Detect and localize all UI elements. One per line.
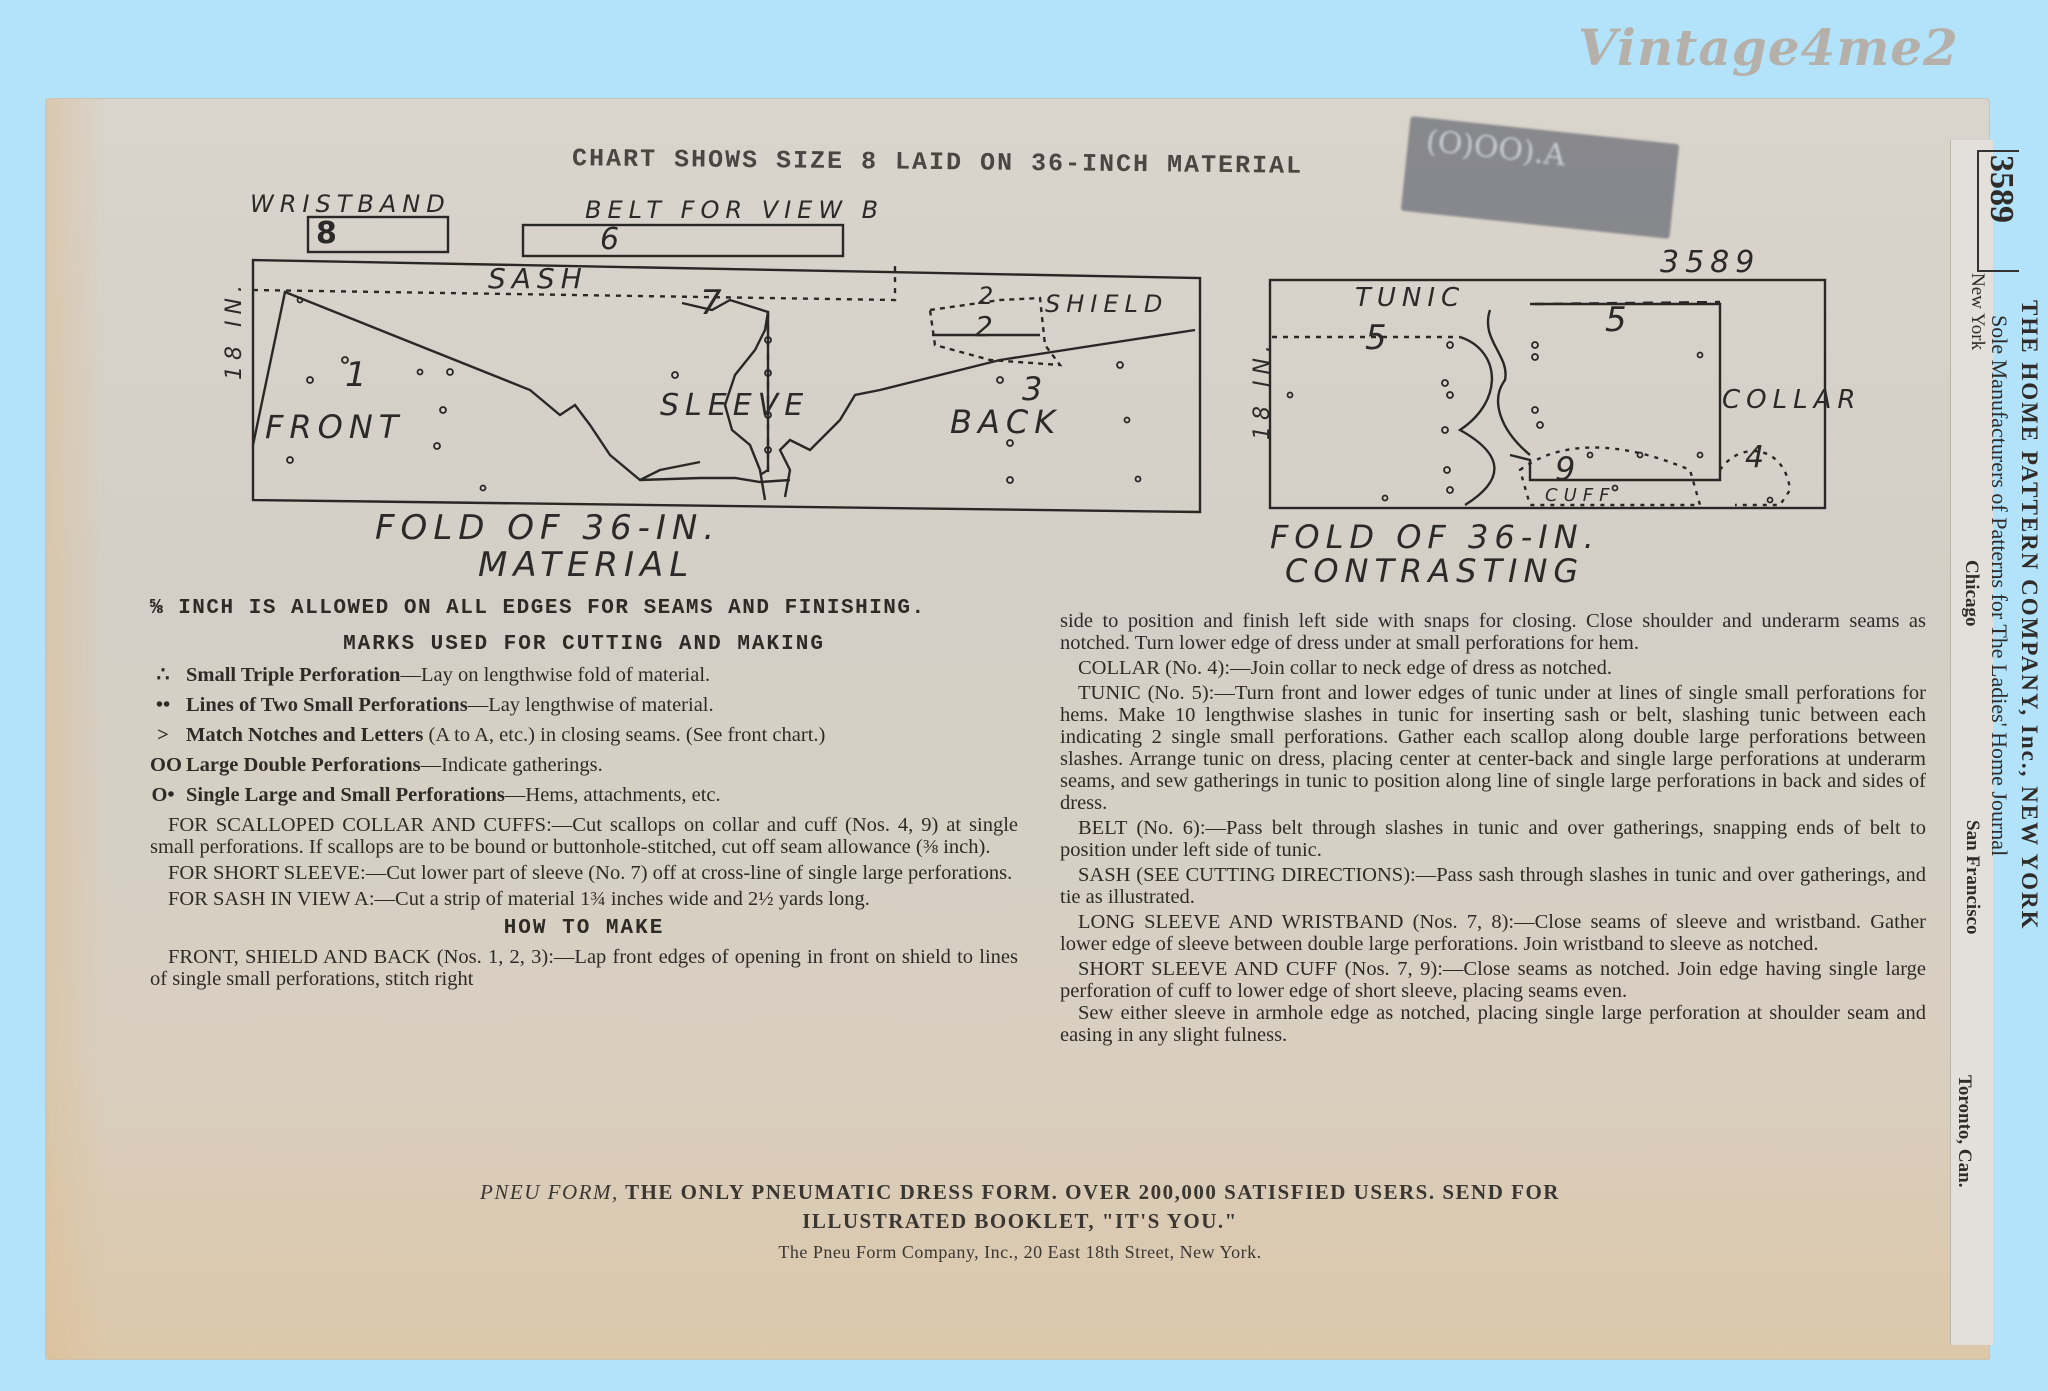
city-new-york: New York: [1966, 273, 1988, 350]
instruction-paragraph: side to position and finish left side wi…: [1060, 610, 1926, 654]
mark-item: ••Lines of Two Small Perforations—Lay le…: [150, 694, 1018, 716]
mark-desc: (A to A, etc.) in closing seams. (See fr…: [423, 724, 825, 746]
how-to-make-heading: HOW TO MAKE: [150, 918, 1018, 940]
belt-instructions: BELT (No. 6):—Pass belt through slashes …: [1060, 817, 1926, 861]
company-name: THE HOME PATTERN COMPANY, Inc., NEW YORK: [2016, 300, 2042, 931]
mark-name: Small Triple Perforation: [186, 664, 400, 686]
sleeve-armhole-instructions: Sew either sleeve in armhole edge as not…: [1060, 1002, 1926, 1046]
mark-name: Match Notches and Letters: [186, 724, 423, 746]
notch-icon: >: [150, 724, 176, 746]
pattern-number-diagram: 3589: [1660, 245, 1760, 280]
pattern-number-vertical: 3589: [1982, 155, 2020, 223]
triple-perforation-icon: ∴: [150, 664, 176, 686]
contrasting-layout-lines: [0, 0, 2048, 600]
fold-label-contrasting: CONTRASTING: [1285, 552, 1584, 590]
tunic-piece-number: 5: [1605, 300, 1633, 340]
city-toronto: Toronto, Can.: [1953, 1075, 1975, 1187]
single-large-small-perforation-icon: O•: [150, 784, 176, 806]
mark-desc: —Lay on lengthwise fold of material.: [400, 664, 710, 686]
cuff-piece-number: 9: [1555, 450, 1581, 488]
mark-name: Single Large and Small Perforations: [186, 784, 505, 806]
manufacturer-line: Sole Manufacturers of Patterns for The L…: [1986, 315, 2012, 856]
mark-name: Large Double Perforations: [186, 754, 421, 776]
double-perforation-icon: ••: [150, 694, 176, 716]
sash-instructions: FOR SASH IN VIEW A:—Cut a strip of mater…: [150, 888, 1018, 910]
fold-label: FOLD OF 36-IN.: [1270, 518, 1600, 556]
long-sleeve-instructions: LONG SLEEVE AND WRISTBAND (Nos. 7, 8):—C…: [1060, 911, 1926, 955]
collar-instructions: COLLAR (No. 4):—Join collar to neck edge…: [1060, 657, 1926, 679]
front-shield-back-instructions: FRONT, SHIELD AND BACK (Nos. 1, 2, 3):—L…: [150, 946, 1018, 990]
ad-address: The Pneu Form Company, Inc., 20 East 18t…: [300, 1242, 1740, 1263]
mark-name: Lines of Two Small Perforations: [186, 694, 468, 716]
cuff-label: CUFF: [1545, 485, 1615, 506]
mark-desc: —Indicate gatherings.: [421, 754, 603, 776]
tunic-instructions: TUNIC (No. 5):—Turn front and lower edge…: [1060, 682, 1926, 814]
collar-piece-number: 4: [1745, 440, 1770, 475]
ad-text: THE ONLY PNEUMATIC DRESS FORM. OVER 200,…: [619, 1180, 1560, 1204]
mark-desc: —Hems, attachments, etc.: [505, 784, 721, 806]
short-sleeve-instructions: FOR SHORT SLEEVE:—Cut lower part of slee…: [150, 862, 1018, 884]
large-double-perforation-icon: OO: [150, 754, 176, 776]
mark-item: OOLarge Double Perforations—Indicate gat…: [150, 754, 1018, 776]
city-chicago: Chicago: [1960, 560, 1982, 627]
tunic-label: TUNIC: [1355, 283, 1465, 313]
city-san-francisco: San Francisco: [1961, 820, 1983, 935]
right-instructions-column: side to position and finish left side wi…: [1060, 610, 1926, 1046]
mark-desc: —Lay lengthwise of material.: [468, 694, 714, 716]
mark-item: ∴Small Triple Perforation—Lay on lengthw…: [150, 664, 1018, 686]
pneu-form-advertisement: PNEU FORM, THE ONLY PNEUMATIC DRESS FORM…: [300, 1180, 1740, 1263]
mark-item: O•Single Large and Small Perforations—He…: [150, 784, 1018, 806]
sash-making-instructions: SASH (SEE CUTTING DIRECTIONS):—Pass sash…: [1060, 864, 1926, 908]
short-sleeve-cuff-instructions: SHORT SLEEVE AND CUFF (Nos. 7, 9):—Close…: [1060, 958, 1926, 1002]
collar-label: COLLAR: [1722, 385, 1861, 415]
marks-heading: MARKS USED FOR CUTTING AND MAKING: [150, 634, 1018, 656]
seam-allowance-note: ⅝ INCH IS ALLOWED ON ALL EDGES FOR SEAMS…: [150, 598, 1018, 620]
ad-line-1: PNEU FORM, THE ONLY PNEUMATIC DRESS FORM…: [300, 1180, 1740, 1205]
left-instructions-column: ⅝ INCH IS ALLOWED ON ALL EDGES FOR SEAMS…: [150, 598, 1018, 990]
ad-brand: PNEU FORM,: [480, 1180, 619, 1204]
ad-line-2: ILLUSTRATED BOOKLET, "IT'S YOU.": [300, 1209, 1740, 1234]
mark-item: >Match Notches and Letters (A to A, etc.…: [150, 724, 1018, 746]
scalloped-collar-instructions: FOR SCALLOPED COLLAR AND CUFFS:—Cut scal…: [150, 814, 1018, 858]
contrasting-layout-diagram: 3589 TUNIC 5 5 18 IN. COLLAR 4 CUFF 9 FO…: [0, 0, 2048, 600]
tunic-piece-number: 5: [1365, 318, 1393, 358]
width-label: 18 IN.: [1250, 339, 1275, 440]
